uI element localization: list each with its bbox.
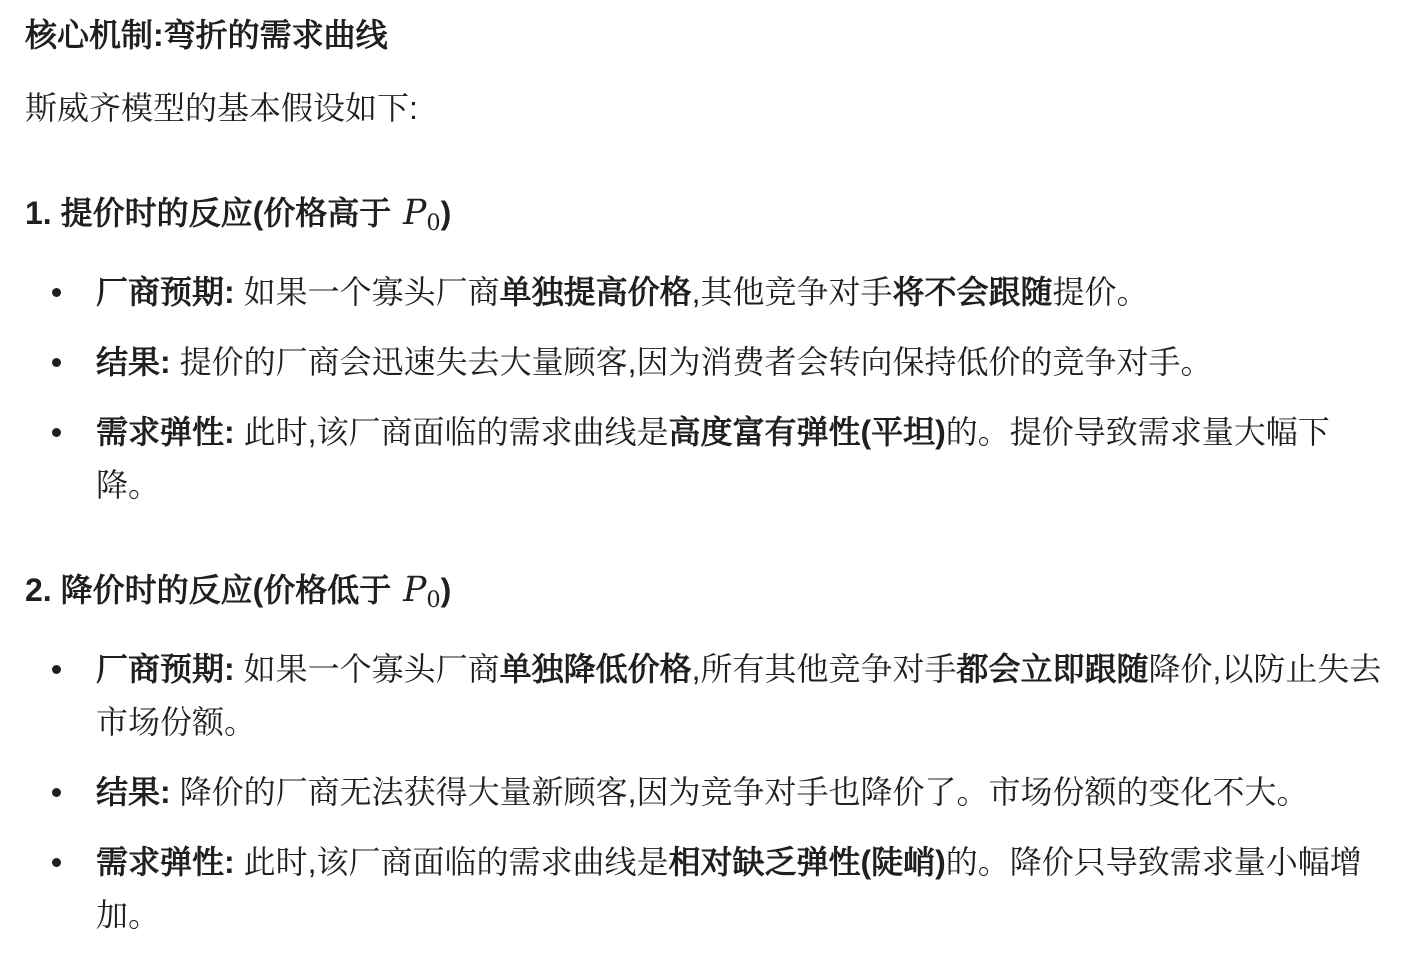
list-item-result-1: 结果: 提价的厂商会迅速失去大量顾客,因为消费者会转向保持低价的竞争对手。: [96, 336, 1390, 389]
text-run: 单独提高价格: [500, 274, 692, 310]
text-run: P: [400, 193, 426, 233]
text-run: 厂商预期:: [96, 274, 244, 310]
subsection-title-price-decrease: 2. 降价时的反应(价格低于 P0): [25, 564, 1390, 627]
bullet-icon: [52, 428, 61, 437]
heading-core-mechanism: 核心机制:弯折的需求曲线: [25, 9, 1390, 62]
section-price-decrease: 2. 降价时的反应(价格低于 P0) 厂商预期: 如果一个寡头厂商单独降低价格,…: [25, 564, 1390, 942]
text-run: 结果:: [96, 344, 180, 380]
bullet-icon: [52, 788, 61, 797]
text-run: ): [441, 572, 452, 608]
bullet-icon: [52, 665, 61, 674]
text-run: 降价的厂商无法获得大量新顾客,因为竞争对手也降价了。市场份额的变化不大。: [180, 774, 1309, 810]
text-run: 厂商预期:: [96, 651, 244, 687]
text-run: 高度富有弹性(平坦): [668, 414, 945, 450]
text-run: 提价的厂商会迅速失去大量顾客,因为消费者会转向保持低价的竞争对手。: [180, 344, 1213, 380]
list-item-firm-expectation-1: 厂商预期: 如果一个寡头厂商单独提高价格,其他竞争对手将不会跟随提价。: [96, 266, 1390, 319]
text-run: 相对缺乏弹性(陡峭): [668, 844, 945, 880]
text-run: ): [441, 195, 452, 231]
text-run: 如果一个寡头厂商: [244, 651, 500, 687]
intro-paragraph: 斯威齐模型的基本假设如下:: [25, 82, 1390, 135]
text-run: 需求弹性:: [96, 414, 244, 450]
bullet-icon: [52, 358, 61, 367]
text-run: 2. 降价时的反应(价格低于: [25, 572, 400, 608]
subsection-title-price-increase: 1. 提价时的反应(价格高于 P0): [25, 187, 1390, 250]
section-price-increase: 1. 提价时的反应(价格高于 P0) 厂商预期: 如果一个寡头厂商单独提高价格,…: [25, 187, 1390, 512]
list-item-text: 厂商预期: 如果一个寡头厂商单独提高价格,其他竞争对手将不会跟随提价。: [96, 274, 1149, 310]
text-run: P: [400, 570, 426, 610]
text-run: 单独降低价格: [500, 651, 692, 687]
text-run: ,所有其他竞争对手: [692, 651, 957, 687]
list-item-result-2: 结果: 降价的厂商无法获得大量新顾客,因为竞争对手也降价了。市场份额的变化不大。: [96, 766, 1390, 819]
text-run: 结果:: [96, 774, 180, 810]
text-run: 0: [426, 210, 440, 236]
text-run: 此时,该厂商面临的需求曲线是: [244, 844, 669, 880]
bullet-list-price-decrease: 厂商预期: 如果一个寡头厂商单独降低价格,所有其他竞争对手都会立即跟随降价,以防…: [25, 643, 1390, 942]
text-run: 需求弹性:: [96, 844, 244, 880]
bullet-list-price-increase: 厂商预期: 如果一个寡头厂商单独提高价格,其他竞争对手将不会跟随提价。 结果: …: [25, 266, 1390, 512]
text-run: 此时,该厂商面临的需求曲线是: [244, 414, 669, 450]
list-item-text: 结果: 提价的厂商会迅速失去大量顾客,因为消费者会转向保持低价的竞争对手。: [96, 344, 1212, 380]
text-run: 都会立即跟随: [957, 651, 1149, 687]
list-item-firm-expectation-2: 厂商预期: 如果一个寡头厂商单独降低价格,所有其他竞争对手都会立即跟随降价,以防…: [96, 643, 1390, 749]
bullet-icon: [52, 858, 61, 867]
text-run: 如果一个寡头厂商: [244, 274, 500, 310]
bullet-icon: [52, 288, 61, 297]
text-run: 1. 提价时的反应(价格高于: [25, 195, 400, 231]
text-run: 0: [426, 587, 440, 613]
text-run: ,其他竞争对手: [692, 274, 893, 310]
text-run: 提价。: [1053, 274, 1149, 310]
list-item-text: 结果: 降价的厂商无法获得大量新顾客,因为竞争对手也降价了。市场份额的变化不大。: [96, 774, 1308, 810]
list-item-demand-elasticity-1: 需求弹性: 此时,该厂商面临的需求曲线是高度富有弹性(平坦)的。提价导致需求量大…: [96, 406, 1390, 512]
list-item-text: 厂商预期: 如果一个寡头厂商单独降低价格,所有其他竞争对手都会立即跟随降价,以防…: [96, 651, 1381, 740]
text-run: 将不会跟随: [893, 274, 1053, 310]
list-item-text: 需求弹性: 此时,该厂商面临的需求曲线是相对缺乏弹性(陡峭)的。降价只导致需求量…: [96, 844, 1362, 933]
document-body: 核心机制:弯折的需求曲线 斯威齐模型的基本假设如下: 1. 提价时的反应(价格高…: [0, 0, 1410, 962]
list-item-demand-elasticity-2: 需求弹性: 此时,该厂商面临的需求曲线是相对缺乏弹性(陡峭)的。降价只导致需求量…: [96, 836, 1390, 942]
list-item-text: 需求弹性: 此时,该厂商面临的需求曲线是高度富有弹性(平坦)的。提价导致需求量大…: [96, 414, 1330, 503]
